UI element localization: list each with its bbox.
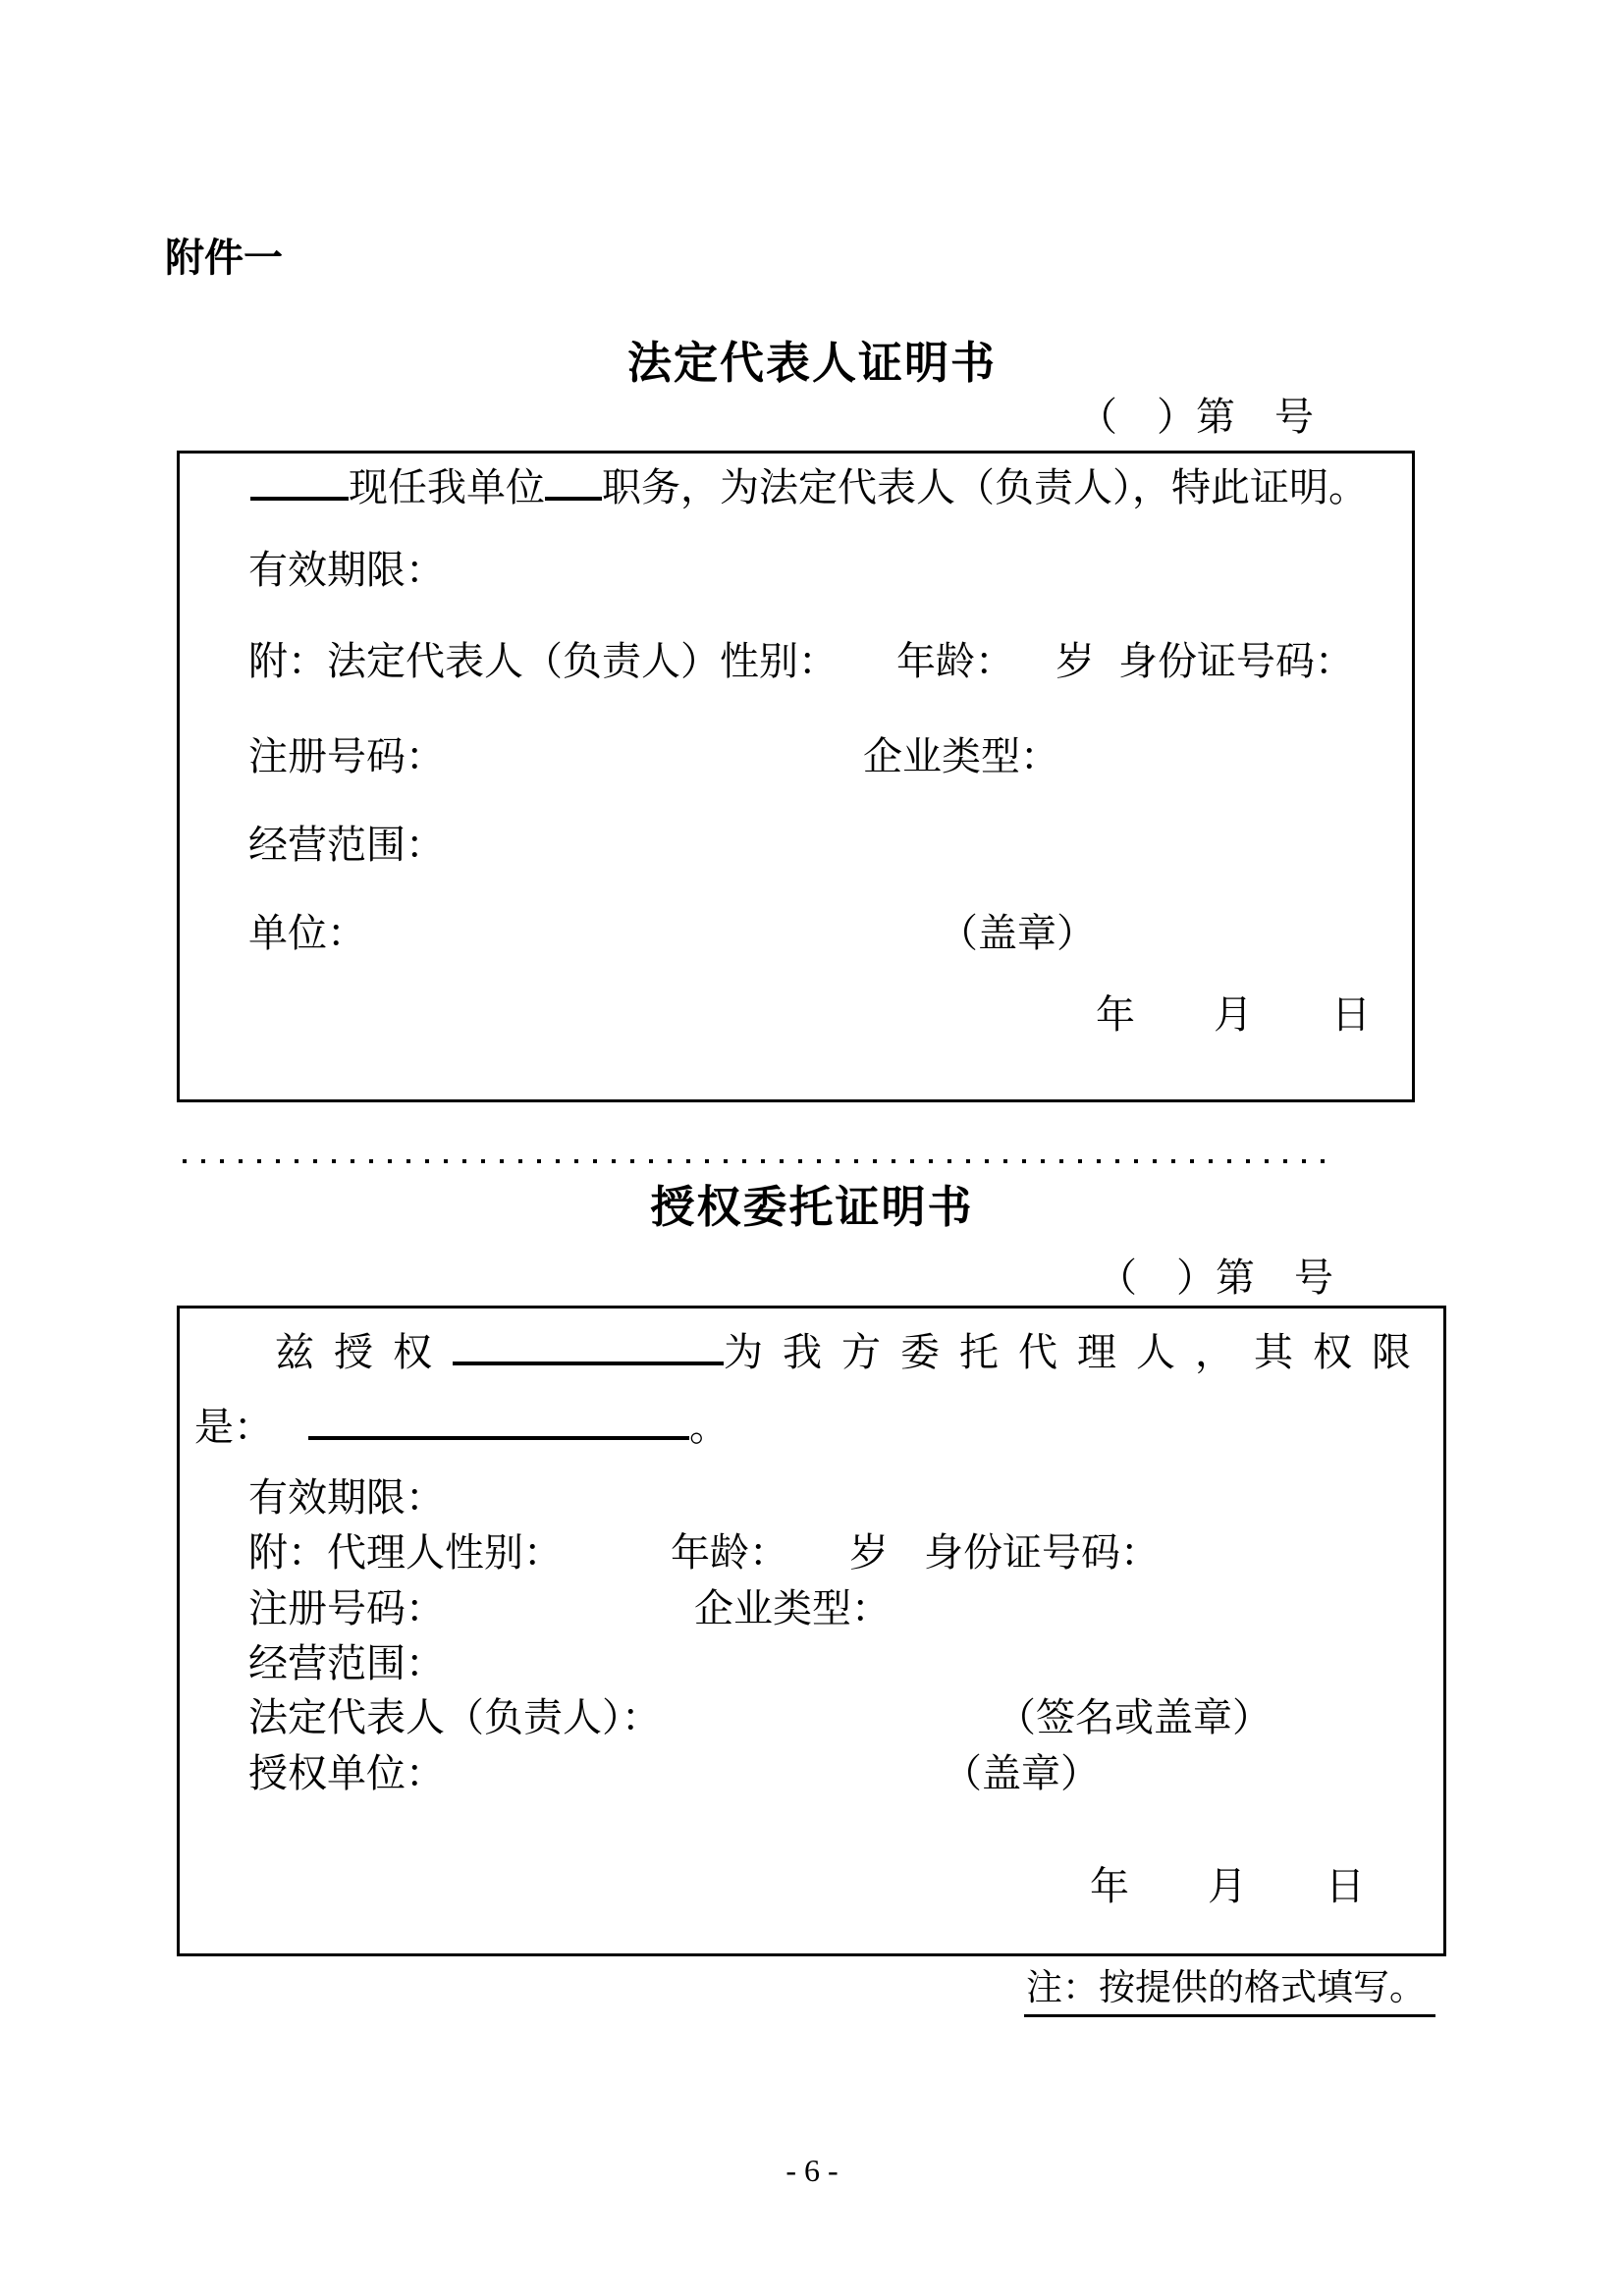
blank-underline [545,491,602,501]
certificate2-attach-line: 附：代理人性别：年龄：岁身份证号码： [248,1530,1160,1575]
blank-underline [453,1356,724,1365]
body-text: 现任我单位 [349,465,545,509]
body-text: 。 [689,1405,729,1449]
registration-label: 注册号码： [248,1586,445,1630]
age-unit-label: 岁 [1056,639,1095,683]
id-number-label: 身份证号码： [1118,639,1354,683]
certificate2-box: 兹 授 权为 我 方 委 托 代 理 人 ， 其 权 限 是：。 有效期限： 附… [177,1306,1446,1956]
unit-label: 授权单位： [248,1751,445,1795]
age-label: 年龄： [671,1530,788,1575]
dotted-separator [183,1159,1333,1164]
attachment-label: 附件一 [165,236,283,281]
seal-label: （盖章） [943,1751,1100,1796]
certificate1-date-line: 年 月 日 [1096,992,1390,1038]
body-text: 是： [194,1405,273,1449]
certificate2-scope-label: 经营范围： [248,1641,445,1686]
document-page: 附件一 法定代表人证明书 （ ）第 号 现任我单位职务，为法定代表人（负责人），… [0,0,1624,2296]
certificate2-body-line2: 是：。 [194,1405,729,1450]
certificate1-doc-number: （ ）第 号 [1078,395,1314,440]
certificate1-attach-line: 附：法定代表人（负责人）性别：年龄：岁身份证号码： [248,639,1354,684]
enterprise-type-label: 企业类型： [863,734,1059,779]
sign-or-seal-label: （签名或盖章） [997,1695,1272,1740]
blank-underline [308,1430,689,1440]
body-text: 兹 授 权 [275,1330,437,1374]
format-note: 注：按提供的格式填写。 [1024,1967,1435,2017]
certificate2-representative-line: 法定代表人（负责人）：（签名或盖章） [248,1695,1434,1740]
id-number-label: 身份证号码： [924,1530,1160,1575]
certificate1-scope-label: 经营范围： [248,823,445,868]
enterprise-type-label: 企业类型： [694,1586,891,1631]
certificate1-validity-label: 有效期限： [248,548,445,593]
representative-label: 法定代表人（负责人）： [248,1695,661,1739]
certificate1-box: 现任我单位职务，为法定代表人（负责人），特此证明。 有效期限： 附：法定代表人（… [177,451,1415,1102]
certificate2-doc-number: （ ）第 号 [1098,1255,1333,1301]
body-text: 职务，为法定代表人（负责人），特此证明。 [602,465,1368,509]
certificate2-title: 授权委托证明书 [0,1182,1624,1233]
page-number: - 6 - [0,2152,1624,2189]
body-text: 为 我 方 委 托 代 理 人 ， 其 权 限 [724,1330,1416,1374]
attach-label: 附：代理人性别： [248,1530,563,1575]
certificate1-title: 法定代表人证明书 [0,338,1624,389]
blank-underline [250,491,349,501]
unit-label: 单位： [248,911,366,955]
registration-label: 注册号码： [248,734,445,778]
seal-label: （盖章） [939,911,1096,956]
attach-label: 附：法定代表人（负责人）性别： [248,639,838,683]
age-unit-label: 岁 [849,1530,889,1575]
certificate2-body-line: 兹 授 权为 我 方 委 托 代 理 人 ， 其 权 限 [275,1330,1432,1375]
certificate1-unit-line: 单位：（盖章） [248,911,1402,956]
age-label: 年龄： [896,639,1014,683]
certificate2-date-line: 年 月 日 [1090,1864,1384,1909]
certificate2-validity-label: 有效期限： [248,1475,445,1521]
certificate2-unit-line: 授权单位：（盖章） [248,1751,1434,1796]
certificate1-body-line: 现任我单位职务，为法定代表人（负责人），特此证明。 [250,465,1368,510]
certificate1-registration-line: 注册号码：企业类型： [248,734,1402,779]
certificate2-registration-line: 注册号码：企业类型： [248,1586,1434,1631]
